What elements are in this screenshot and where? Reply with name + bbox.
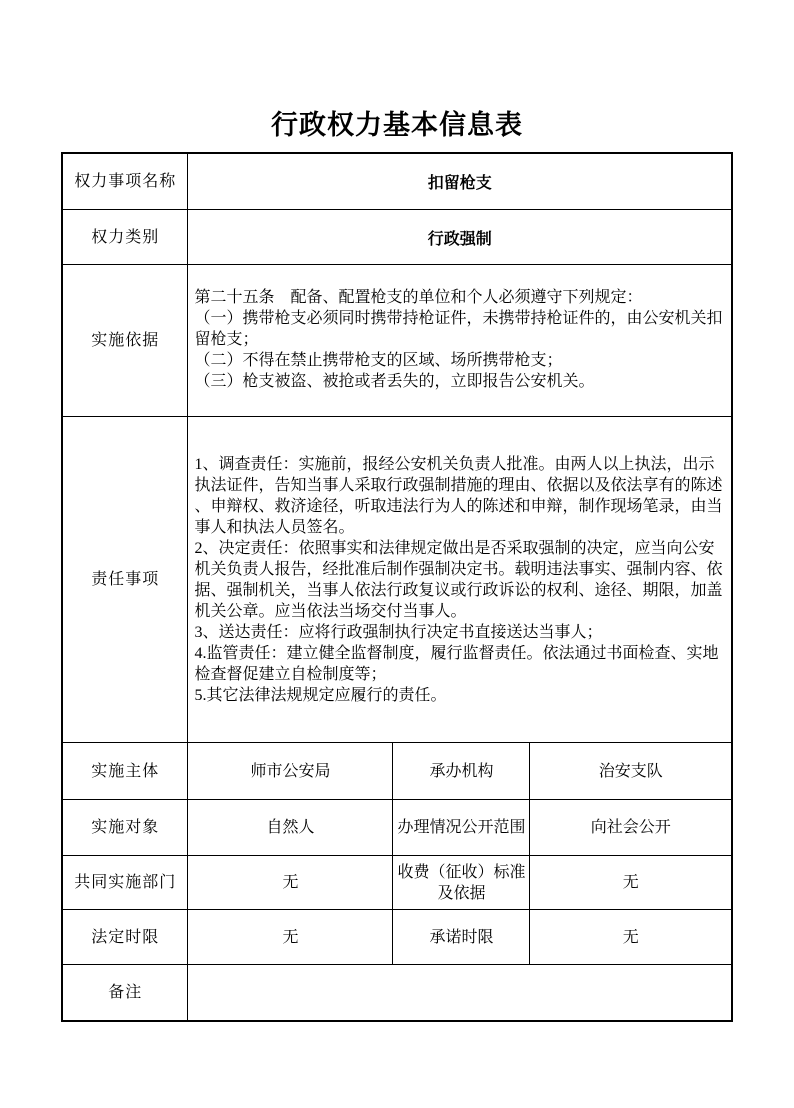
- power-category-label: 权力类别: [62, 210, 188, 265]
- row-implementation-target: 实施对象 自然人 办理情况公开范围 向社会公开: [62, 800, 732, 856]
- remarks-label: 备注: [62, 965, 188, 1022]
- row-implementation-basis: 实施依据 第二十五条 配备、配置枪支的单位和个人必须遵守下列规定： （一）携带枪…: [62, 265, 732, 417]
- row-joint-implementation-department: 共同实施部门 无 收费（征收）标准及依据 无: [62, 856, 732, 910]
- page-title: 行政权力基本信息表: [0, 109, 794, 141]
- remarks-value: [188, 965, 732, 1022]
- statutory-time-limit-label: 法定时限: [62, 910, 188, 965]
- row-responsibility-items: 责任事项 1、调查责任：实施前，报经公安机关负责人批准。由两人以上执法，出示执法…: [62, 417, 732, 743]
- joint-implementation-department-value: 无: [188, 856, 393, 910]
- responsibility-items-text: 1、调查责任：实施前，报经公安机关负责人批准。由两人以上执法，出示执法证件，告知…: [188, 417, 732, 743]
- row-remarks: 备注: [62, 965, 732, 1022]
- document-page: 行政权力基本信息表 权力事项名称 扣留枪支 权力类别 行政强制 实施依据 第二十…: [0, 0, 794, 1108]
- row-power-category: 权力类别 行政强制: [62, 210, 732, 265]
- disclosure-scope-value: 向社会公开: [530, 800, 732, 856]
- implementation-target-value: 自然人: [188, 800, 393, 856]
- power-item-name-value: 扣留枪支: [188, 153, 732, 210]
- implementation-basis-text: 第二十五条 配备、配置枪支的单位和个人必须遵守下列规定： （一）携带枪支必须同时…: [188, 265, 732, 417]
- promised-time-limit-label: 承诺时限: [393, 910, 530, 965]
- responsibility-items-label: 责任事项: [62, 417, 188, 743]
- power-item-name-label: 权力事项名称: [62, 153, 188, 210]
- power-category-value: 行政强制: [188, 210, 732, 265]
- implementation-basis-label: 实施依据: [62, 265, 188, 417]
- implementation-target-label: 实施对象: [62, 800, 188, 856]
- charging-standard-value: 无: [530, 856, 732, 910]
- implementing-subject-value: 师市公安局: [188, 743, 393, 800]
- charging-standard-label: 收费（征收）标准及依据: [393, 856, 530, 910]
- row-statutory-time-limit: 法定时限 无 承诺时限 无: [62, 910, 732, 965]
- disclosure-scope-label: 办理情况公开范围: [393, 800, 530, 856]
- row-implementing-subject: 实施主体 师市公安局 承办机构 治安支队: [62, 743, 732, 800]
- implementing-subject-label: 实施主体: [62, 743, 188, 800]
- statutory-time-limit-value: 无: [188, 910, 393, 965]
- joint-implementation-department-label: 共同实施部门: [62, 856, 188, 910]
- undertaking-agency-label: 承办机构: [393, 743, 530, 800]
- undertaking-agency-value: 治安支队: [530, 743, 732, 800]
- info-table: 权力事项名称 扣留枪支 权力类别 行政强制 实施依据 第二十五条 配备、配置枪支…: [61, 152, 733, 1022]
- row-power-item-name: 权力事项名称 扣留枪支: [62, 153, 732, 210]
- promised-time-limit-value: 无: [530, 910, 732, 965]
